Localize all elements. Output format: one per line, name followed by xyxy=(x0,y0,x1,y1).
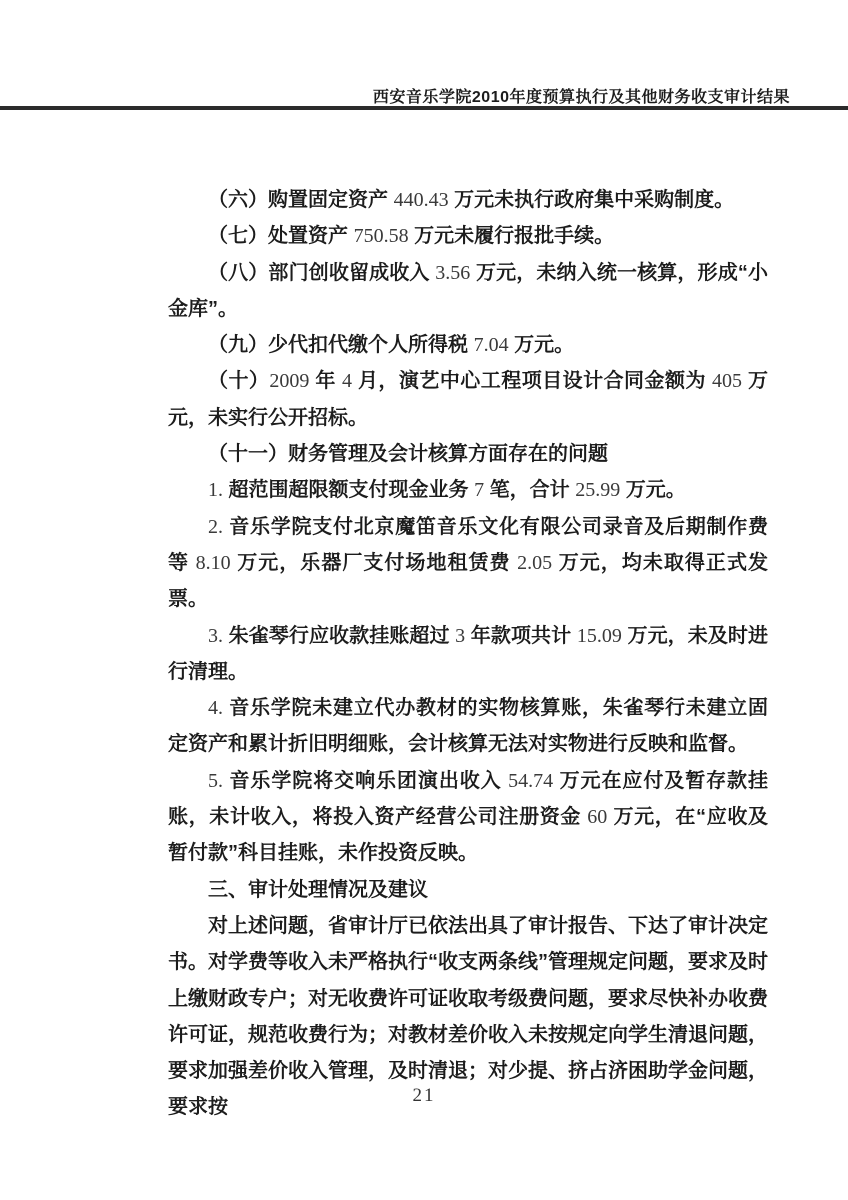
paragraph: （六）购置固定资产 440.43 万元未执行政府集中采购制度。 xyxy=(168,182,768,218)
number: 2. xyxy=(208,516,223,538)
paragraph: 3. 朱雀琴行应收款挂账超过 3 年款项共计 15.09 万元，未及时进行清理。 xyxy=(168,618,768,691)
number: 5. xyxy=(208,770,223,792)
number: 4. xyxy=(208,697,223,719)
running-header-title: 西安音乐学院2010年度预算执行及其他财务收支审计结果 xyxy=(373,84,790,107)
number: 750.58 xyxy=(354,225,409,247)
paragraph: （七）处置资产 750.58 万元未履行报批手续。 xyxy=(168,218,768,254)
number: 54.74 xyxy=(508,770,553,792)
paragraph: 1. 超范围超限额支付现金业务 7 笔，合计 25.99 万元。 xyxy=(168,472,768,508)
paragraph: 2. 音乐学院支付北京魔笛音乐文化有限公司录音及后期制作费等 8.10 万元，乐… xyxy=(168,509,768,618)
number: 3 xyxy=(455,625,465,647)
number: 2.05 xyxy=(517,552,552,574)
sub-section-heading: （十一）财务管理及会计核算方面存在的问题 xyxy=(168,436,768,472)
number: 7 xyxy=(474,479,484,501)
number: 15.09 xyxy=(577,625,622,647)
number: 3.56 xyxy=(435,262,470,284)
paragraph: 4. 音乐学院未建立代办教材的实物核算账，朱雀琴行未建立固定资产和累计折旧明细账… xyxy=(168,690,768,763)
number: 8.10 xyxy=(196,552,231,574)
number: 405 xyxy=(712,370,742,392)
number: 4 xyxy=(342,370,352,392)
section-heading: 三、审计处理情况及建议 xyxy=(168,872,768,908)
document-page: 西安音乐学院2010年度预算执行及其他财务收支审计结果 （六）购置固定资产 44… xyxy=(0,0,848,1200)
number: 2009 xyxy=(269,370,309,392)
paragraph: 5. 音乐学院将交响乐团演出收入 54.74 万元在应付及暂存款挂账，未计收入，… xyxy=(168,763,768,872)
number: 440.43 xyxy=(394,189,449,211)
number: 1. xyxy=(208,479,223,501)
paragraph: （十）2009 年 4 月，演艺中心工程项目设计合同金额为 405 万元，未实行… xyxy=(168,363,768,436)
number: 3. xyxy=(208,625,223,647)
paragraph: （八）部门创收留成收入 3.56 万元，未纳入统一核算，形成“小金库”。 xyxy=(168,255,768,328)
page-footer: 21 xyxy=(0,1085,848,1107)
number: 60 xyxy=(587,806,607,828)
number: 25.99 xyxy=(575,479,620,501)
number: 7.04 xyxy=(474,334,509,356)
document-body: （六）购置固定资产 440.43 万元未执行政府集中采购制度。（七）处置资产 7… xyxy=(168,182,768,1126)
paragraph: （九）少代扣代缴个人所得税 7.04 万元。 xyxy=(168,327,768,363)
header-rule xyxy=(0,106,848,110)
page-number: 21 xyxy=(413,1085,436,1106)
